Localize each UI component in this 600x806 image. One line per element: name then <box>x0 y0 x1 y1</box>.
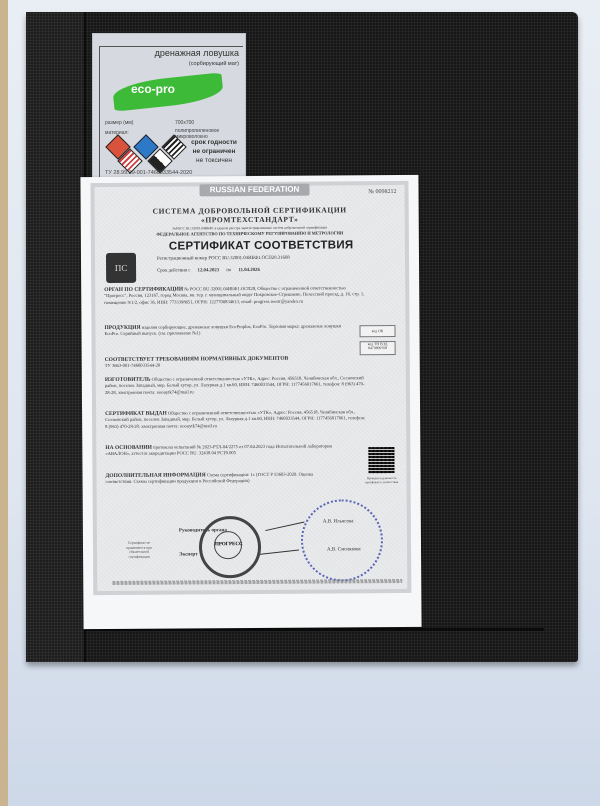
section-manufacturer: ИЗГОТОВИТЕЛЬ Общество с ограниченной отв… <box>105 375 367 396</box>
product-label: дренажная ловушка (сорбирующий мат) eco-… <box>92 33 246 181</box>
certificate-title: СЕРТИФИКАТ СООТВЕТСТВИЯ <box>169 239 354 252</box>
brand-name: eco-pro <box>131 82 175 96</box>
expert-signature <box>257 549 299 555</box>
section-basis: НА ОСНОВАНИИ протокола испытаний № 2023-… <box>105 443 335 457</box>
label-title: дренажная ловушка <box>155 48 239 58</box>
blue-seal-stamp <box>301 499 384 582</box>
qr-caption: Проверка подлинности сертификата соответ… <box>365 476 399 484</box>
expert-label: Эксперт <box>179 552 198 557</box>
valid-to-label: по <box>226 268 231 273</box>
label-warnings: срок годности не ограничен не токсичен <box>188 138 240 165</box>
qr-code-pattern <box>368 447 394 473</box>
section-heading: ИЗГОТОВИТЕЛЬ <box>105 377 151 383</box>
system-name: «ПРОМТЕХСТАНДАРТ» <box>95 214 405 225</box>
warning-unlimited: не ограничен <box>188 147 240 156</box>
valid-to-date: 11.04.2026 <box>239 268 260 273</box>
wooden-edge <box>0 0 8 806</box>
fine-print-line <box>112 579 402 585</box>
code-tnved-value: 8479899708 <box>361 346 395 350</box>
spec-size-key: размер (мм) <box>105 120 133 126</box>
head-signature <box>265 521 304 531</box>
label-subtitle: (сорбирующий мат) <box>189 61 239 67</box>
registration-number: Регистрационный номер РОСС RU.32001.04ИБ… <box>157 256 290 262</box>
certificate-serial: № 0098212 <box>368 189 396 195</box>
code-tnved-box: код ТН ВЭД8479899708 <box>360 341 396 355</box>
warning-shelf-life: срок годности <box>188 138 240 147</box>
section-additional-info: ДОПОЛНИТЕЛЬНАЯ ИНФОРМАЦИЯ Схема сертифик… <box>105 471 335 485</box>
section-product: ПРОДУКЦИЯ изделия сорбирующие, дренажные… <box>104 323 344 337</box>
black-seal-stamp: ПРОГРЕСС <box>199 516 261 578</box>
code-ok-box: код ОК <box>359 325 395 337</box>
section-heading: СЕРТИФИКАТ ВЫДАН <box>105 411 167 417</box>
spec-size-value: 700x700 <box>175 120 194 126</box>
valid-from-date: 12.04.2023 <box>198 268 220 273</box>
valid-from-label: Срок действия с <box>157 268 190 273</box>
mat-folded-edge <box>26 12 86 662</box>
section-text: ТУ 3663-001-7460033544-20 <box>105 362 367 370</box>
certificate-sheet: RUSSIAN FEDERATION № 0098212 СИСТЕМА ДОБ… <box>80 175 421 629</box>
side-note: Сертификат не применяется при обязательн… <box>119 541 159 559</box>
section-heading: НА ОСНОВАНИИ <box>105 445 152 451</box>
system-logo-icon: ПС <box>106 253 136 283</box>
section-issued-to: СЕРТИФИКАТ ВЫДАН Общество с ограниченной… <box>105 409 367 430</box>
warning-nontoxic: не токсичен <box>188 156 240 165</box>
validity-period: Срок действия с 12.04.2023 по 11.04.2026 <box>157 268 266 274</box>
section-standards: СООТВЕТСТВУЕТ ТРЕБОВАНИЯМ НОРМАТИВНЫХ ДО… <box>105 355 367 370</box>
certificate-frame: RUSSIAN FEDERATION № 0098212 СИСТЕМА ДОБ… <box>90 181 411 595</box>
label-tu-code: ТУ 28.99.39-001-7460033544-2020 <box>105 170 192 176</box>
section-certification-body: ОРГАН ПО СЕРТИФИКАЦИИ № РОСС RU.32001.04… <box>104 285 366 306</box>
russian-federation-banner: RUSSIAN FEDERATION <box>199 184 309 197</box>
stamp-text: ПРОГРЕСС <box>214 531 242 559</box>
agency-line: ФЕДЕРАЛЬНОЕ АГЕНТСТВО ПО ТЕХНИЧЕСКОМУ РЕ… <box>95 230 405 237</box>
section-heading: ПРОДУКЦИЯ <box>104 325 140 331</box>
